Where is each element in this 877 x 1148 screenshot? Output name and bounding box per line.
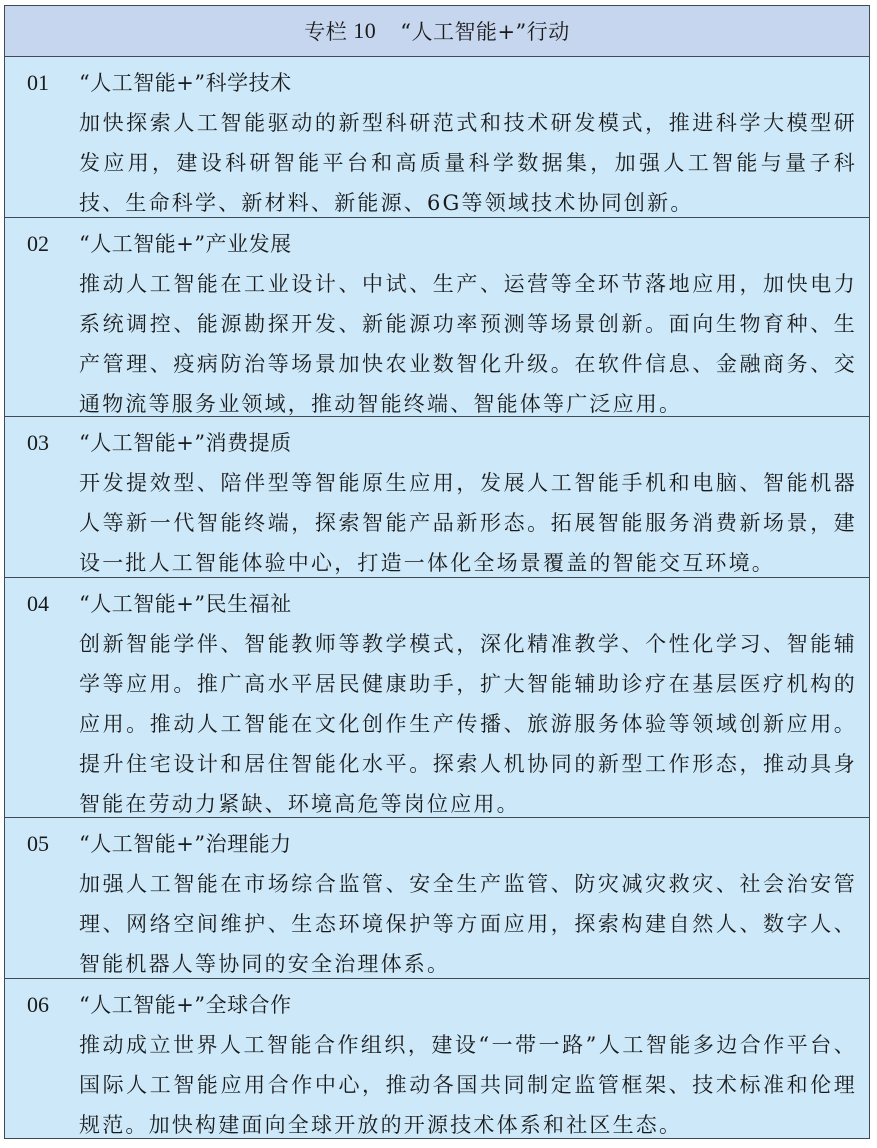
section-row-02: 02 “人工智能+”产业发展 推动人工智能在工业设计、中试、生产、运营等全环节落… <box>5 218 869 417</box>
section-row-06: 06 “人工智能+”全球合作 推动成立世界人工智能合作组织，建设“一带一路”人工… <box>5 979 869 1138</box>
section-row-04: 04 “人工智能+”民生福祉 创新智能学伴、智能教师等教学模式，深化精准教学、个… <box>5 578 869 818</box>
section-row-05: 05 “人工智能+”治理能力 加强人工智能在市场综合监管、安全生产监管、防灾减灾… <box>5 818 869 979</box>
section-title: “人工智能+”全球合作 <box>79 985 292 1025</box>
section-body: 开发提效型、陪伴型等智能原生应用，发展人工智能手机和电脑、智能机器人等新一代智能… <box>79 463 857 583</box>
section-title: “人工智能+”治理能力 <box>79 824 292 864</box>
column-header: 专栏 10 “人工智能+”行动 <box>5 6 869 57</box>
section-body: 创新智能学伴、智能教师等教学模式，深化精准教学、个性化学习、智能辅学等应用。推广… <box>79 624 857 824</box>
section-title: “人工智能+”消费提质 <box>79 423 292 463</box>
section-number: 02 <box>27 224 79 264</box>
section-body: 加快探索人工智能驱动的新型科研范式和技术研发模式，推进科学大模型研发应用，建设科… <box>79 103 857 223</box>
section-number: 05 <box>27 824 79 864</box>
header-number: 10 <box>353 18 376 44</box>
section-number: 04 <box>27 584 79 624</box>
header-prefix: 专栏 <box>304 16 347 46</box>
section-title: “人工智能+”民生福祉 <box>79 584 292 624</box>
section-number: 03 <box>27 423 79 463</box>
section-title: “人工智能+”科学技术 <box>79 63 292 103</box>
section-row-03: 03 “人工智能+”消费提质 开发提效型、陪伴型等智能原生应用，发展人工智能手机… <box>5 417 869 578</box>
section-title: “人工智能+”产业发展 <box>79 224 292 264</box>
section-body: 推动成立世界人工智能合作组织，建设“一带一路”人工智能多边合作平台、国际人工智能… <box>79 1025 857 1145</box>
section-number: 06 <box>27 985 79 1025</box>
header-title: “人工智能+”行动 <box>400 16 570 46</box>
column-box: 专栏 10 “人工智能+”行动 01 “人工智能+”科学技术 加快探索人工智能驱… <box>4 5 870 1139</box>
section-body: 推动人工智能在工业设计、中试、生产、运营等全环节落地应用，加快电力系统调控、能源… <box>79 264 857 424</box>
section-body: 加强人工智能在市场综合监管、安全生产监管、防灾减灾救灾、社会治安管理、网络空间维… <box>79 864 857 984</box>
section-row-01: 01 “人工智能+”科学技术 加快探索人工智能驱动的新型科研范式和技术研发模式，… <box>5 57 869 218</box>
section-number: 01 <box>27 63 79 103</box>
